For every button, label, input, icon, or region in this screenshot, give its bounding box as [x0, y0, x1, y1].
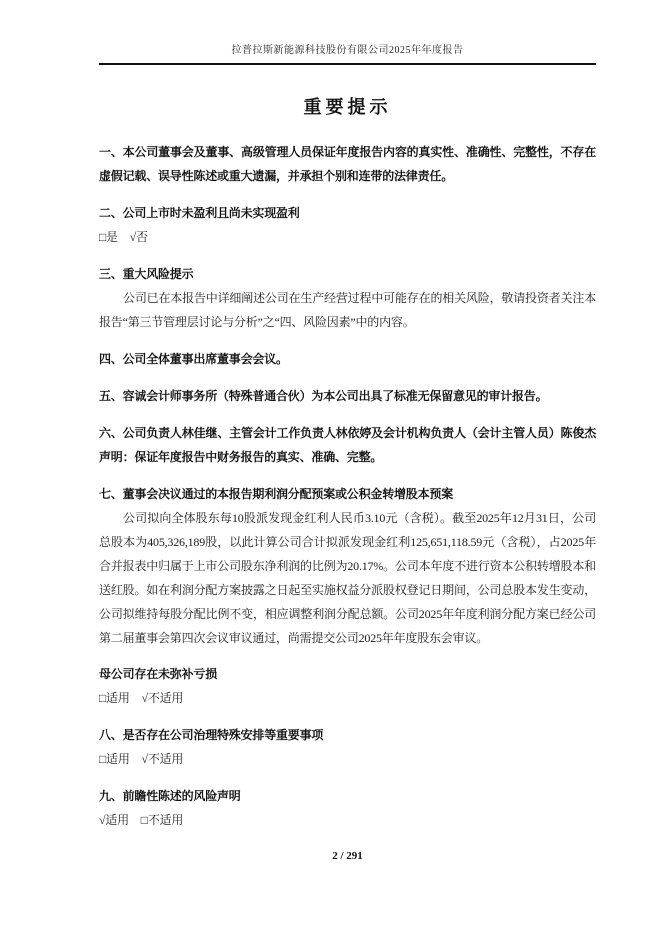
document-page: 拉普拉斯新能源科技股份有限公司2025年年度报告 重要提示 一、本公司董事会及董… [0, 0, 662, 936]
section-3-paragraph: 公司已在本报告中详细阐述公司在生产经营过程中可能存在的相关风险，敬请投资者关注本… [99, 286, 596, 334]
report-header: 拉普拉斯新能源科技股份有限公司2025年年度报告 [99, 0, 596, 65]
section-7-heading: 七、董事会决议通过的本报告期利润分配预案或公积金转增股本预案 [99, 482, 596, 506]
page-number: 2 / 291 [99, 849, 596, 863]
section-7-paragraph: 公司拟向全体股东每10股派发现金红利人民币3.10元（含税）。截至2025年12… [99, 506, 596, 650]
page-title: 重要提示 [99, 95, 596, 119]
section-4-heading: 四、公司全体董事出席董事会会议。 [99, 347, 596, 371]
section-7-subheading: 母公司存在未弥补亏损 [99, 662, 596, 686]
section-9-checkline: √适用 □不适用 [99, 808, 596, 832]
section-2-heading: 二、公司上市时未盈利且尚未实现盈利 [99, 201, 596, 225]
section-2: 二、公司上市时未盈利且尚未实现盈利 □是 √否 [99, 201, 596, 249]
section-7-checkline: □适用 √不适用 [99, 686, 596, 710]
section-8: 八、是否存在公司治理特殊安排等重要事项 □适用 √不适用 [99, 723, 596, 771]
section-9-heading: 九、前瞻性陈述的风险声明 [99, 784, 596, 808]
section-3: 三、重大风险提示 公司已在本报告中详细阐述公司在生产经营过程中可能存在的相关风险… [99, 262, 596, 334]
section-7: 七、董事会决议通过的本报告期利润分配预案或公积金转增股本预案 公司拟向全体股东每… [99, 482, 596, 710]
section-8-checkline: □适用 √不适用 [99, 747, 596, 771]
section-2-checkline: □是 √否 [99, 225, 596, 249]
section-6-heading: 六、公司负责人林佳继、主管会计工作负责人林依婷及会计机构负责人（会计主管人员）陈… [99, 421, 596, 469]
section-1-heading: 一、本公司董事会及董事、高级管理人员保证年度报告内容的真实性、准确性、完整性，不… [99, 140, 596, 188]
section-3-heading: 三、重大风险提示 [99, 262, 596, 286]
section-5: 五、容诚会计师事务所（特殊普通合伙）为本公司出具了标准无保留意见的审计报告。 [99, 384, 596, 408]
section-9: 九、前瞻性陈述的风险声明 √适用 □不适用 [99, 784, 596, 832]
section-6: 六、公司负责人林佳继、主管会计工作负责人林依婷及会计机构负责人（会计主管人员）陈… [99, 421, 596, 469]
report-header-title: 拉普拉斯新能源科技股份有限公司2025年年度报告 [99, 44, 596, 58]
document-body: 一、本公司董事会及董事、高级管理人员保证年度报告内容的真实性、准确性、完整性，不… [99, 140, 596, 832]
section-5-heading: 五、容诚会计师事务所（特殊普通合伙）为本公司出具了标准无保留意见的审计报告。 [99, 384, 596, 408]
section-4: 四、公司全体董事出席董事会会议。 [99, 347, 596, 371]
section-8-heading: 八、是否存在公司治理特殊安排等重要事项 [99, 723, 596, 747]
section-1: 一、本公司董事会及董事、高级管理人员保证年度报告内容的真实性、准确性、完整性，不… [99, 140, 596, 188]
